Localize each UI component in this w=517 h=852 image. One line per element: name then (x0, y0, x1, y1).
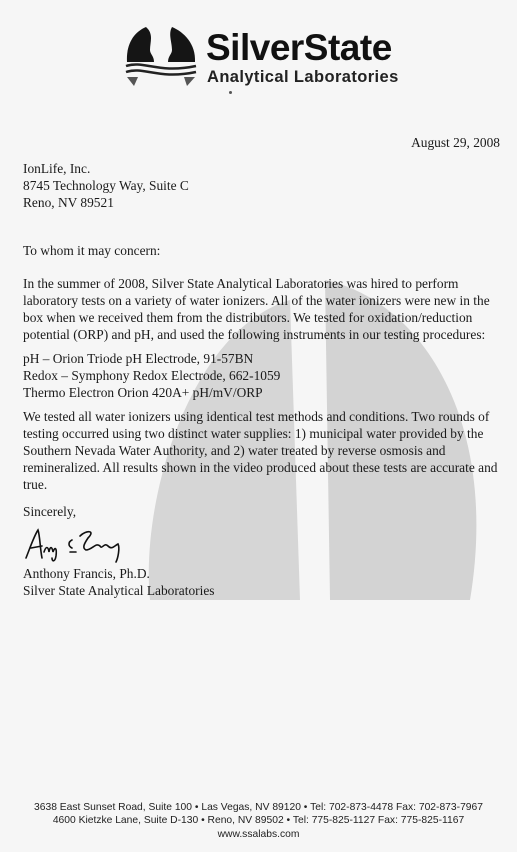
paragraph-line: In the summer of 2008, Silver State Anal… (23, 275, 490, 292)
footer-address-las-vegas: 3638 East Sunset Road, Suite 100 • Las V… (0, 801, 517, 814)
recipient-line: Reno, NV 89521 (23, 194, 189, 211)
letter-date: August 29, 2008 (411, 134, 500, 151)
signer-organization: Silver State Analytical Laboratories (23, 582, 215, 599)
letterhead-footer: 3638 East Sunset Road, Suite 100 • Las V… (0, 801, 517, 841)
company-name: SilverState (206, 28, 392, 68)
paragraph-line: box when we received them from the distr… (23, 309, 490, 326)
signer-name: Anthony Francis, Ph.D. (23, 565, 215, 582)
instruments-list: pH – Orion Triode pH Electrode, 91-57BN … (23, 350, 280, 401)
silverstate-logo-icon (124, 24, 198, 90)
paragraph-line: We tested all water ionizers using ident… (23, 408, 497, 425)
salutation: To whom it may concern: (23, 242, 160, 259)
letterhead: SilverState Analytical Laboratories (124, 24, 424, 94)
signature-icon (22, 522, 142, 568)
paragraph-line: testing occurred using two distinct wate… (23, 425, 497, 442)
paragraph-line: Southern Nevada Water Authority, and 2) … (23, 442, 497, 459)
logo-dot (229, 91, 232, 94)
paragraph-line: laboratory tests on a variety of water i… (23, 292, 490, 309)
recipient-line: 8745 Technology Way, Suite C (23, 177, 189, 194)
instrument-item: Redox – Symphony Redox Electrode, 662-10… (23, 367, 280, 384)
footer-address-reno: 4600 Kietzke Lane, Suite D-130 • Reno, N… (0, 814, 517, 827)
footer-website: www.ssalabs.com (0, 828, 517, 841)
instrument-item: pH – Orion Triode pH Electrode, 91-57BN (23, 350, 280, 367)
instrument-item: Thermo Electron Orion 420A+ pH/mV/ORP (23, 384, 280, 401)
recipient-line: IonLife, Inc. (23, 160, 189, 177)
body-paragraph-1: In the summer of 2008, Silver State Anal… (23, 275, 490, 343)
body-paragraph-2: We tested all water ionizers using ident… (23, 408, 497, 493)
recipient-address: IonLife, Inc. 8745 Technology Way, Suite… (23, 160, 189, 211)
signer-block: Anthony Francis, Ph.D. Silver State Anal… (23, 565, 215, 599)
paragraph-line: remineralized. All results shown in the … (23, 459, 497, 476)
paragraph-line: potential (ORP) and pH, and used the fol… (23, 326, 490, 343)
closing: Sincerely, (23, 503, 76, 520)
paragraph-line: true. (23, 476, 497, 493)
company-subtitle: Analytical Laboratories (207, 67, 399, 87)
